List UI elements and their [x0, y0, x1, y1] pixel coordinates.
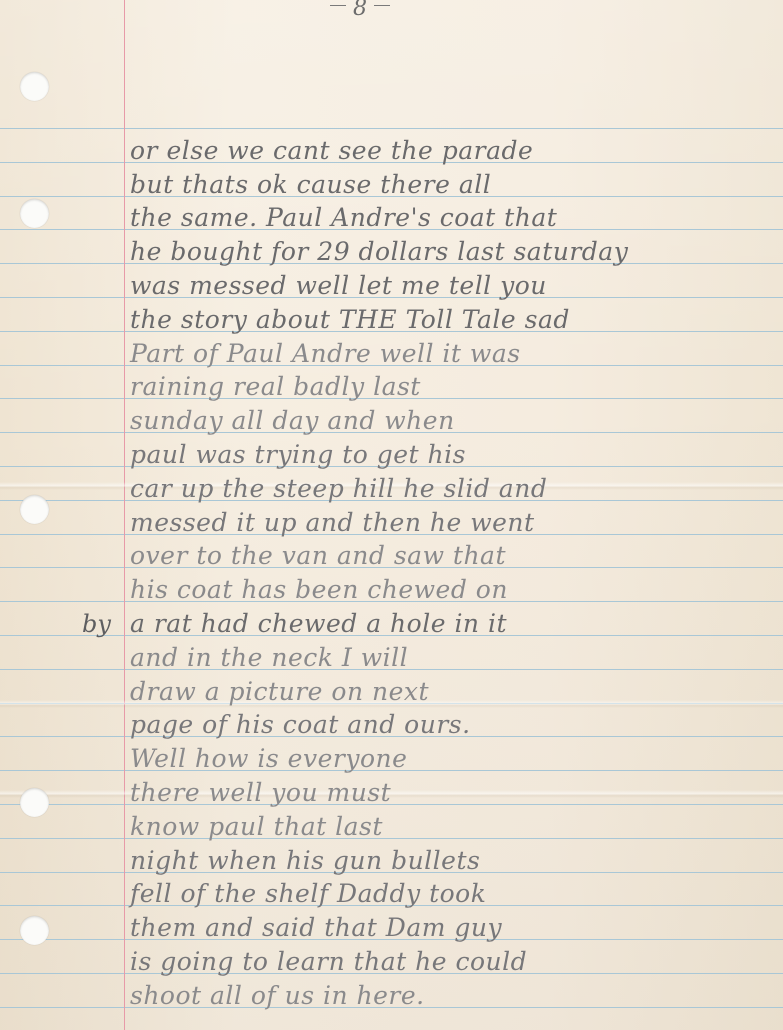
handwritten-line: page of his coat and ours. [130, 708, 730, 742]
handwritten-line: he bought for 29 dollars last saturday [130, 235, 730, 269]
handwritten-line: car up the steep hill he slid and [130, 472, 730, 506]
punch-hole [20, 199, 49, 228]
punch-hole [20, 72, 49, 101]
handwritten-line: and in the neck I will [130, 641, 730, 675]
handwritten-line: or else we cant see the parade [130, 134, 730, 168]
page-number: 8 [330, 0, 390, 22]
punch-hole [20, 788, 49, 817]
punch-hole [20, 495, 49, 524]
handwritten-line: know paul that last [130, 810, 730, 844]
margin-line [124, 0, 125, 1030]
handwritten-line: there well you must [130, 776, 730, 810]
handwritten-line: Part of Paul Andre well it was [130, 337, 730, 371]
handwritten-line: the same. Paul Andre's coat that [130, 201, 730, 235]
handwritten-line: fell of the shelf Daddy took [130, 877, 730, 911]
handwritten-line: shoot all of us in here. [130, 979, 730, 1013]
handwritten-line: a rat had chewed a hole in it [130, 607, 730, 641]
handwritten-line: night when his gun bullets [130, 844, 730, 878]
handwritten-line: is going to learn that he could [130, 945, 730, 979]
handwritten-line: over to the van and saw that [130, 539, 730, 573]
notebook-paper: 8 or else we cant see the paradebut that… [0, 0, 783, 1030]
handwritten-line: the story about THE Toll Tale sad [130, 303, 730, 337]
rule-line [0, 128, 783, 129]
punch-hole [20, 916, 49, 945]
handwritten-line: draw a picture on next [130, 675, 730, 709]
handwritten-line: raining real badly last [130, 370, 730, 404]
handwritten-line: them and said that Dam guy [130, 911, 730, 945]
handwritten-line: sunday all day and when [130, 404, 730, 438]
handwritten-line: his coat has been chewed on [130, 573, 730, 607]
margin-annotation: by [82, 607, 130, 641]
handwritten-line: paul was trying to get his [130, 438, 730, 472]
handwritten-line: was messed well let me tell you [130, 269, 730, 303]
handwritten-line: messed it up and then he went [130, 506, 730, 540]
handwritten-line: Well how is everyone [130, 742, 730, 776]
handwritten-line: but thats ok cause there all [130, 168, 730, 202]
